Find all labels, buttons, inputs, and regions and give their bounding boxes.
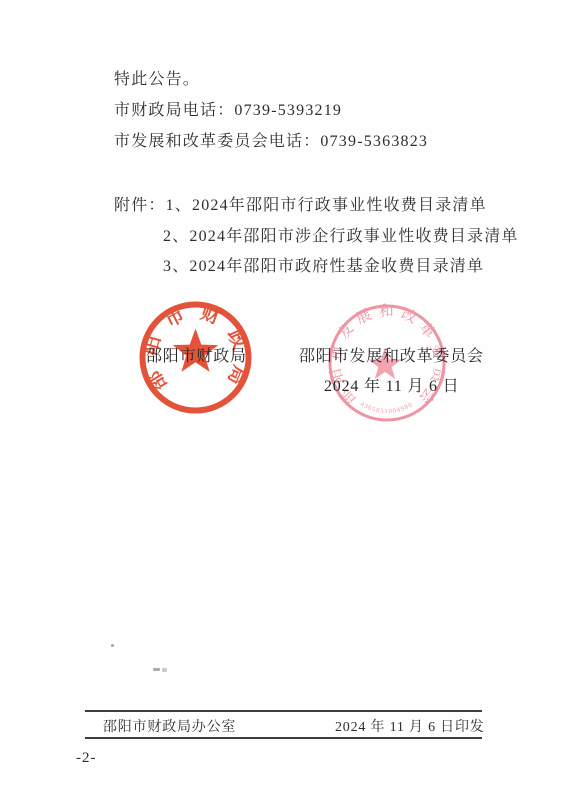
svg-text:4305031004980: 4305031004980 — [359, 401, 414, 415]
signature-org-left: 邵阳市财政局 — [146, 343, 247, 366]
page-number: -2- — [76, 750, 97, 767]
attachments-label: 附件： — [114, 197, 166, 214]
closing-statement: 特此公告。 — [114, 66, 200, 89]
seal-serial-number: 4305031004980 — [359, 401, 414, 415]
attachment-line-1: 附件：1、2024年邵阳市行政事业性收费目录清单 — [114, 192, 487, 215]
scan-speck — [111, 644, 114, 647]
attachment-item-1: 1、2024年邵阳市行政事业性收费目录清单 — [166, 197, 487, 214]
footer-print-date: 2024 年 11 月 6 日印发 — [335, 716, 485, 736]
signature-date: 2024 年 11 月 6 日 — [324, 373, 459, 396]
document-page: 特此公告。 市财政局电话：0739-5393219 市发展和改革委员会电话：07… — [0, 0, 576, 809]
attachment-item-2: 2、2024年邵阳市涉企行政事业性收费目录清单 — [163, 223, 519, 246]
scan-speck — [153, 668, 160, 671]
footer-rule-bottom — [85, 737, 482, 739]
contact-line-finance: 市财政局电话：0739-5393219 — [114, 97, 342, 120]
contact-line-ndrc: 市发展和改革委员会电话：0739-5363823 — [114, 128, 428, 151]
attachment-item-3: 3、2024年邵阳市政府性基金收费目录清单 — [163, 253, 484, 276]
signature-org-right: 邵阳市发展和改革委员会 — [299, 343, 484, 366]
scan-speck — [162, 668, 167, 672]
footer-rule-top — [85, 710, 482, 712]
footer-issuer: 邵阳市财政局办公室 — [103, 716, 236, 736]
